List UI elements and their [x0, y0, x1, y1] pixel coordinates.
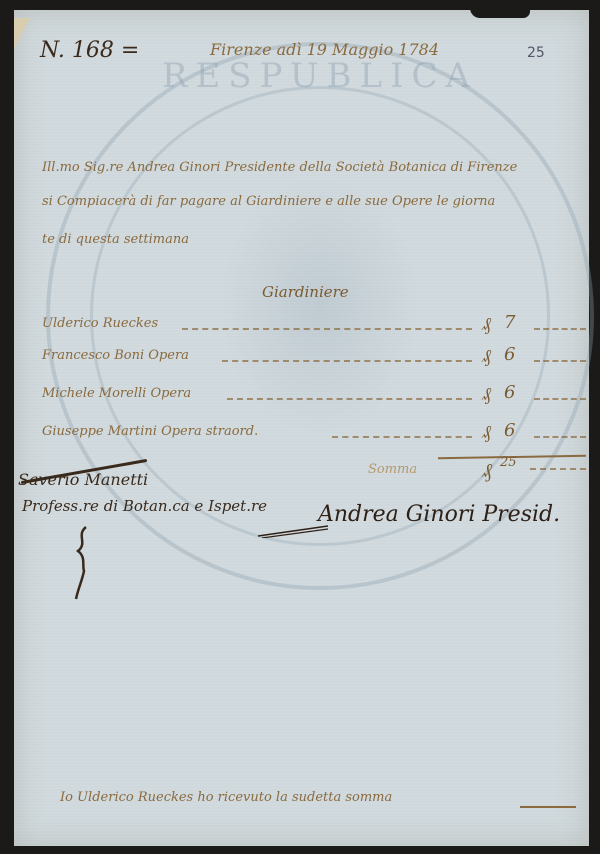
amount-tail-dashes [534, 360, 586, 362]
total-amount: 25 [500, 455, 517, 470]
payroll-row: Giuseppe Martini Opera straord. ₰ 6 [42, 424, 587, 448]
leader-dots [227, 398, 472, 400]
section-heading: Giardiniere [262, 283, 349, 301]
total-tail-dashes [530, 468, 586, 470]
payroll-name: Ulderico Rueckes [42, 316, 158, 331]
total-label: Somma [368, 462, 417, 477]
flourish-mark-icon [72, 525, 92, 600]
payroll-row: Michele Morelli Opera ₰ 6 [42, 386, 587, 410]
amount-tail-dashes [534, 328, 586, 330]
amount-tail-dashes [534, 398, 586, 400]
payroll-name: Francesco Boni Opera [42, 348, 189, 363]
body-line-3: te di questa settimana [42, 232, 189, 247]
currency-symbol: ₰ [482, 314, 491, 335]
body-line-1: Ill.mo Sig.re Andrea Ginori Presidente d… [42, 160, 517, 175]
folio-number: 25 [527, 45, 545, 61]
president-signature: Andrea Ginori Presid. [318, 502, 560, 527]
leader-dots [182, 328, 472, 330]
payroll-amount: 7 [504, 312, 515, 333]
payroll-row: Francesco Boni Opera ₰ 6 [42, 348, 587, 372]
currency-symbol: ₰ [482, 422, 491, 443]
payroll-amount: 6 [504, 382, 515, 403]
payroll-name: Giuseppe Martini Opera straord. [42, 424, 258, 439]
reference-number: N. 168 = [40, 38, 139, 63]
body-line-2: si Compiacerà di far pagare al Giardinie… [42, 194, 495, 209]
leader-dots [222, 360, 472, 362]
currency-symbol: ₰ [482, 384, 491, 405]
payroll-row: Ulderico Rueckes ₰ 7 [42, 316, 587, 340]
receipt-tail-stroke [520, 806, 576, 808]
payroll-amount: 6 [504, 420, 515, 441]
payroll-amount: 6 [504, 344, 515, 365]
professor-title: Profess.re di Botan.ca e Ispet.re [22, 497, 267, 515]
torn-edge [470, 8, 530, 18]
folded-corner [14, 18, 30, 48]
amount-tail-dashes [534, 436, 586, 438]
professor-signature: Saverio Manetti [18, 470, 148, 489]
leader-dots [332, 436, 472, 438]
place-and-date: Firenze adì 19 Maggio 1784 [210, 40, 439, 59]
receipt-line: Io Ulderico Rueckes ho ricevuto la sudet… [60, 790, 392, 805]
total-currency-symbol: ₰ [482, 458, 492, 483]
payroll-name: Michele Morelli Opera [42, 386, 191, 401]
currency-symbol: ₰ [482, 346, 491, 367]
